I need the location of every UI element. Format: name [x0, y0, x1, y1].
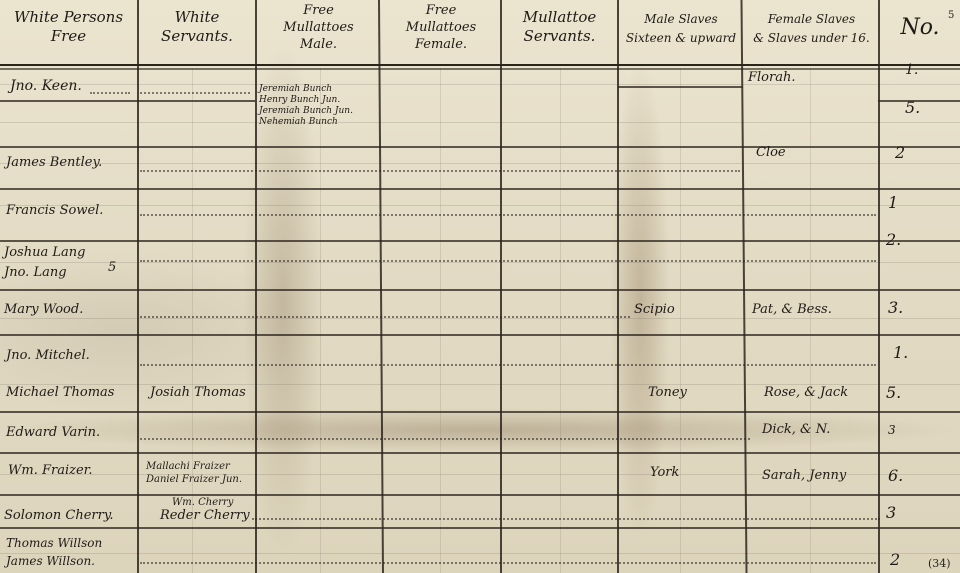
row-divider	[0, 188, 960, 190]
header-line: Mullattoes	[382, 19, 500, 36]
header-line: White	[139, 8, 255, 27]
cell-white-free: Joshua Lang	[4, 245, 85, 260]
column-header-mulattoes-female: Free Mullattoes Female.	[382, 2, 500, 66]
faint-rule	[0, 84, 960, 85]
column-header-white-free: White Persons Free	[0, 2, 137, 72]
cell-female-slaves: Sarah, Jenny	[762, 468, 846, 483]
name-entry: Reder Cherry	[160, 509, 250, 522]
column-header-male-slaves: Male Slaves Sixteen & upward	[619, 2, 743, 74]
name-entry: Thomas Willson	[6, 534, 102, 552]
row-divider	[0, 411, 960, 413]
faint-col	[320, 68, 321, 573]
column-divider	[500, 0, 502, 573]
row-divider	[0, 100, 255, 102]
name-entry: Jeremiah Bunch	[259, 84, 353, 95]
header-line: Female.	[382, 36, 500, 53]
faint-rule	[0, 318, 960, 319]
cell-female-slaves: Rose, & Jack	[764, 385, 848, 400]
cell-white-servants: Mallachi Fraizer Daniel Fraizer Jun.	[146, 460, 242, 486]
faint-rule	[0, 122, 960, 123]
cell-white-free: Francis Sowel.	[6, 203, 103, 218]
dot-leader	[140, 90, 250, 94]
cell-white-free: Michael Thomas	[6, 385, 114, 400]
faint-col	[680, 68, 681, 573]
cell-number: 3.	[888, 298, 903, 317]
cell-number: 2	[890, 550, 900, 569]
cell-number: 2	[895, 143, 905, 162]
header-line: Male.	[257, 36, 380, 53]
column-header-white-servants: White Servants.	[139, 2, 255, 72]
cell-number: 5.	[886, 383, 901, 402]
dot-leader	[90, 90, 130, 94]
name-entry: James Willson.	[6, 552, 102, 570]
header-line: Mullattoes	[257, 19, 380, 36]
column-divider	[378, 0, 384, 573]
ledger-page: White Persons Free White Servants. Free …	[0, 0, 960, 573]
name-entry: Jeremiah Bunch Jun.	[259, 106, 353, 117]
row-divider	[0, 452, 960, 454]
cell-number: 1.	[893, 343, 908, 362]
cell-white-free: Jno. Keen.	[10, 78, 82, 94]
cell-male-slaves: Toney	[648, 385, 687, 400]
cell-male-slaves: York	[650, 465, 679, 480]
cell-white-free: Thomas Willson James Willson.	[6, 534, 102, 570]
faint-col	[560, 68, 561, 573]
cell-male-slaves: Scipio	[634, 302, 675, 317]
cell-number: 1.	[905, 62, 918, 78]
corner-mark: 5	[948, 10, 954, 21]
header-line: & Slaves under 16.	[745, 29, 878, 48]
column-header-mulattoe-servants: Mullattoe Servants.	[502, 2, 617, 72]
name-entry: Daniel Fraizer Jun.	[146, 473, 242, 486]
column-divider	[255, 0, 257, 573]
cell-number: 3	[886, 503, 896, 522]
dot-leader	[140, 258, 876, 262]
cell-white-servants: Wm. Cherry Reder Cherry	[160, 496, 250, 522]
cell-number: 3	[888, 423, 896, 437]
row-divider	[0, 240, 960, 242]
dot-leader	[140, 314, 630, 318]
cell-white-free: Mary Wood.	[4, 302, 83, 317]
dot-leader	[140, 560, 876, 564]
dot-leader	[140, 362, 876, 366]
header-line: Free	[382, 2, 500, 19]
row-divider	[0, 289, 960, 291]
margin-note: (34)	[928, 557, 951, 570]
cell-female-slaves: Pat, & Bess.	[752, 302, 832, 317]
header-line: Free	[257, 2, 380, 19]
cell-female-slaves: Cloe	[756, 145, 786, 160]
cell-number: 6.	[888, 466, 903, 485]
column-divider	[137, 0, 139, 573]
column-header-female-slaves: Female Slaves & Slaves under 16.	[745, 2, 878, 74]
header-line: Male Slaves	[619, 10, 743, 29]
cell-white-servants: Josiah Thomas	[150, 385, 246, 400]
row-divider	[0, 494, 960, 496]
dot-leader	[140, 212, 876, 216]
column-divider	[878, 0, 880, 573]
row-divider	[618, 86, 743, 88]
faint-col	[810, 68, 811, 573]
row-divider	[0, 527, 960, 529]
name-entry: Mallachi Fraizer	[146, 460, 242, 473]
cell-number: 1	[888, 193, 898, 212]
header-line: White Persons	[0, 8, 137, 27]
cell-female-slaves: Florah.	[748, 70, 795, 85]
header-line: Sixteen & upward	[619, 29, 743, 48]
row-divider	[0, 146, 960, 148]
header-line: Female Slaves	[745, 10, 878, 29]
dot-leader	[252, 516, 880, 520]
bracket-mark: 5	[108, 260, 116, 275]
faint-rule	[0, 205, 960, 206]
cell-female-slaves: Dick, & N.	[762, 422, 830, 437]
dot-leader	[140, 168, 740, 172]
header-line: Free	[0, 27, 137, 46]
cell-white-free: Edward Varin.	[6, 425, 100, 440]
name-entry: Nehemiah Bunch	[259, 117, 353, 128]
dot-leader	[140, 436, 750, 440]
cell-number: 2.	[886, 230, 901, 249]
name-entry: Henry Bunch Jun.	[259, 95, 353, 106]
cell-number: 5.	[905, 98, 920, 117]
header-line: Servants.	[139, 27, 255, 46]
column-header-mulattoes-male: Free Mullattoes Male.	[257, 2, 380, 66]
cell-white-free: Jno. Mitchel.	[6, 348, 90, 363]
faint-rule	[0, 163, 960, 164]
cell-white-free: James Bentley.	[6, 155, 102, 170]
cell-mulattoes-male: Jeremiah Bunch Henry Bunch Jun. Jeremiah…	[259, 84, 353, 128]
faint-rule	[0, 553, 960, 554]
cell-white-free-second: Jno. Lang	[4, 265, 67, 280]
cell-white-free: Solomon Cherry.	[4, 508, 114, 523]
cell-white-free: Wm. Fraizer.	[8, 463, 93, 478]
header-line: Mullattoe	[502, 8, 617, 27]
header-line: Servants.	[502, 27, 617, 46]
faint-col	[440, 68, 441, 573]
row-divider	[0, 334, 960, 336]
faint-rule	[0, 262, 960, 263]
